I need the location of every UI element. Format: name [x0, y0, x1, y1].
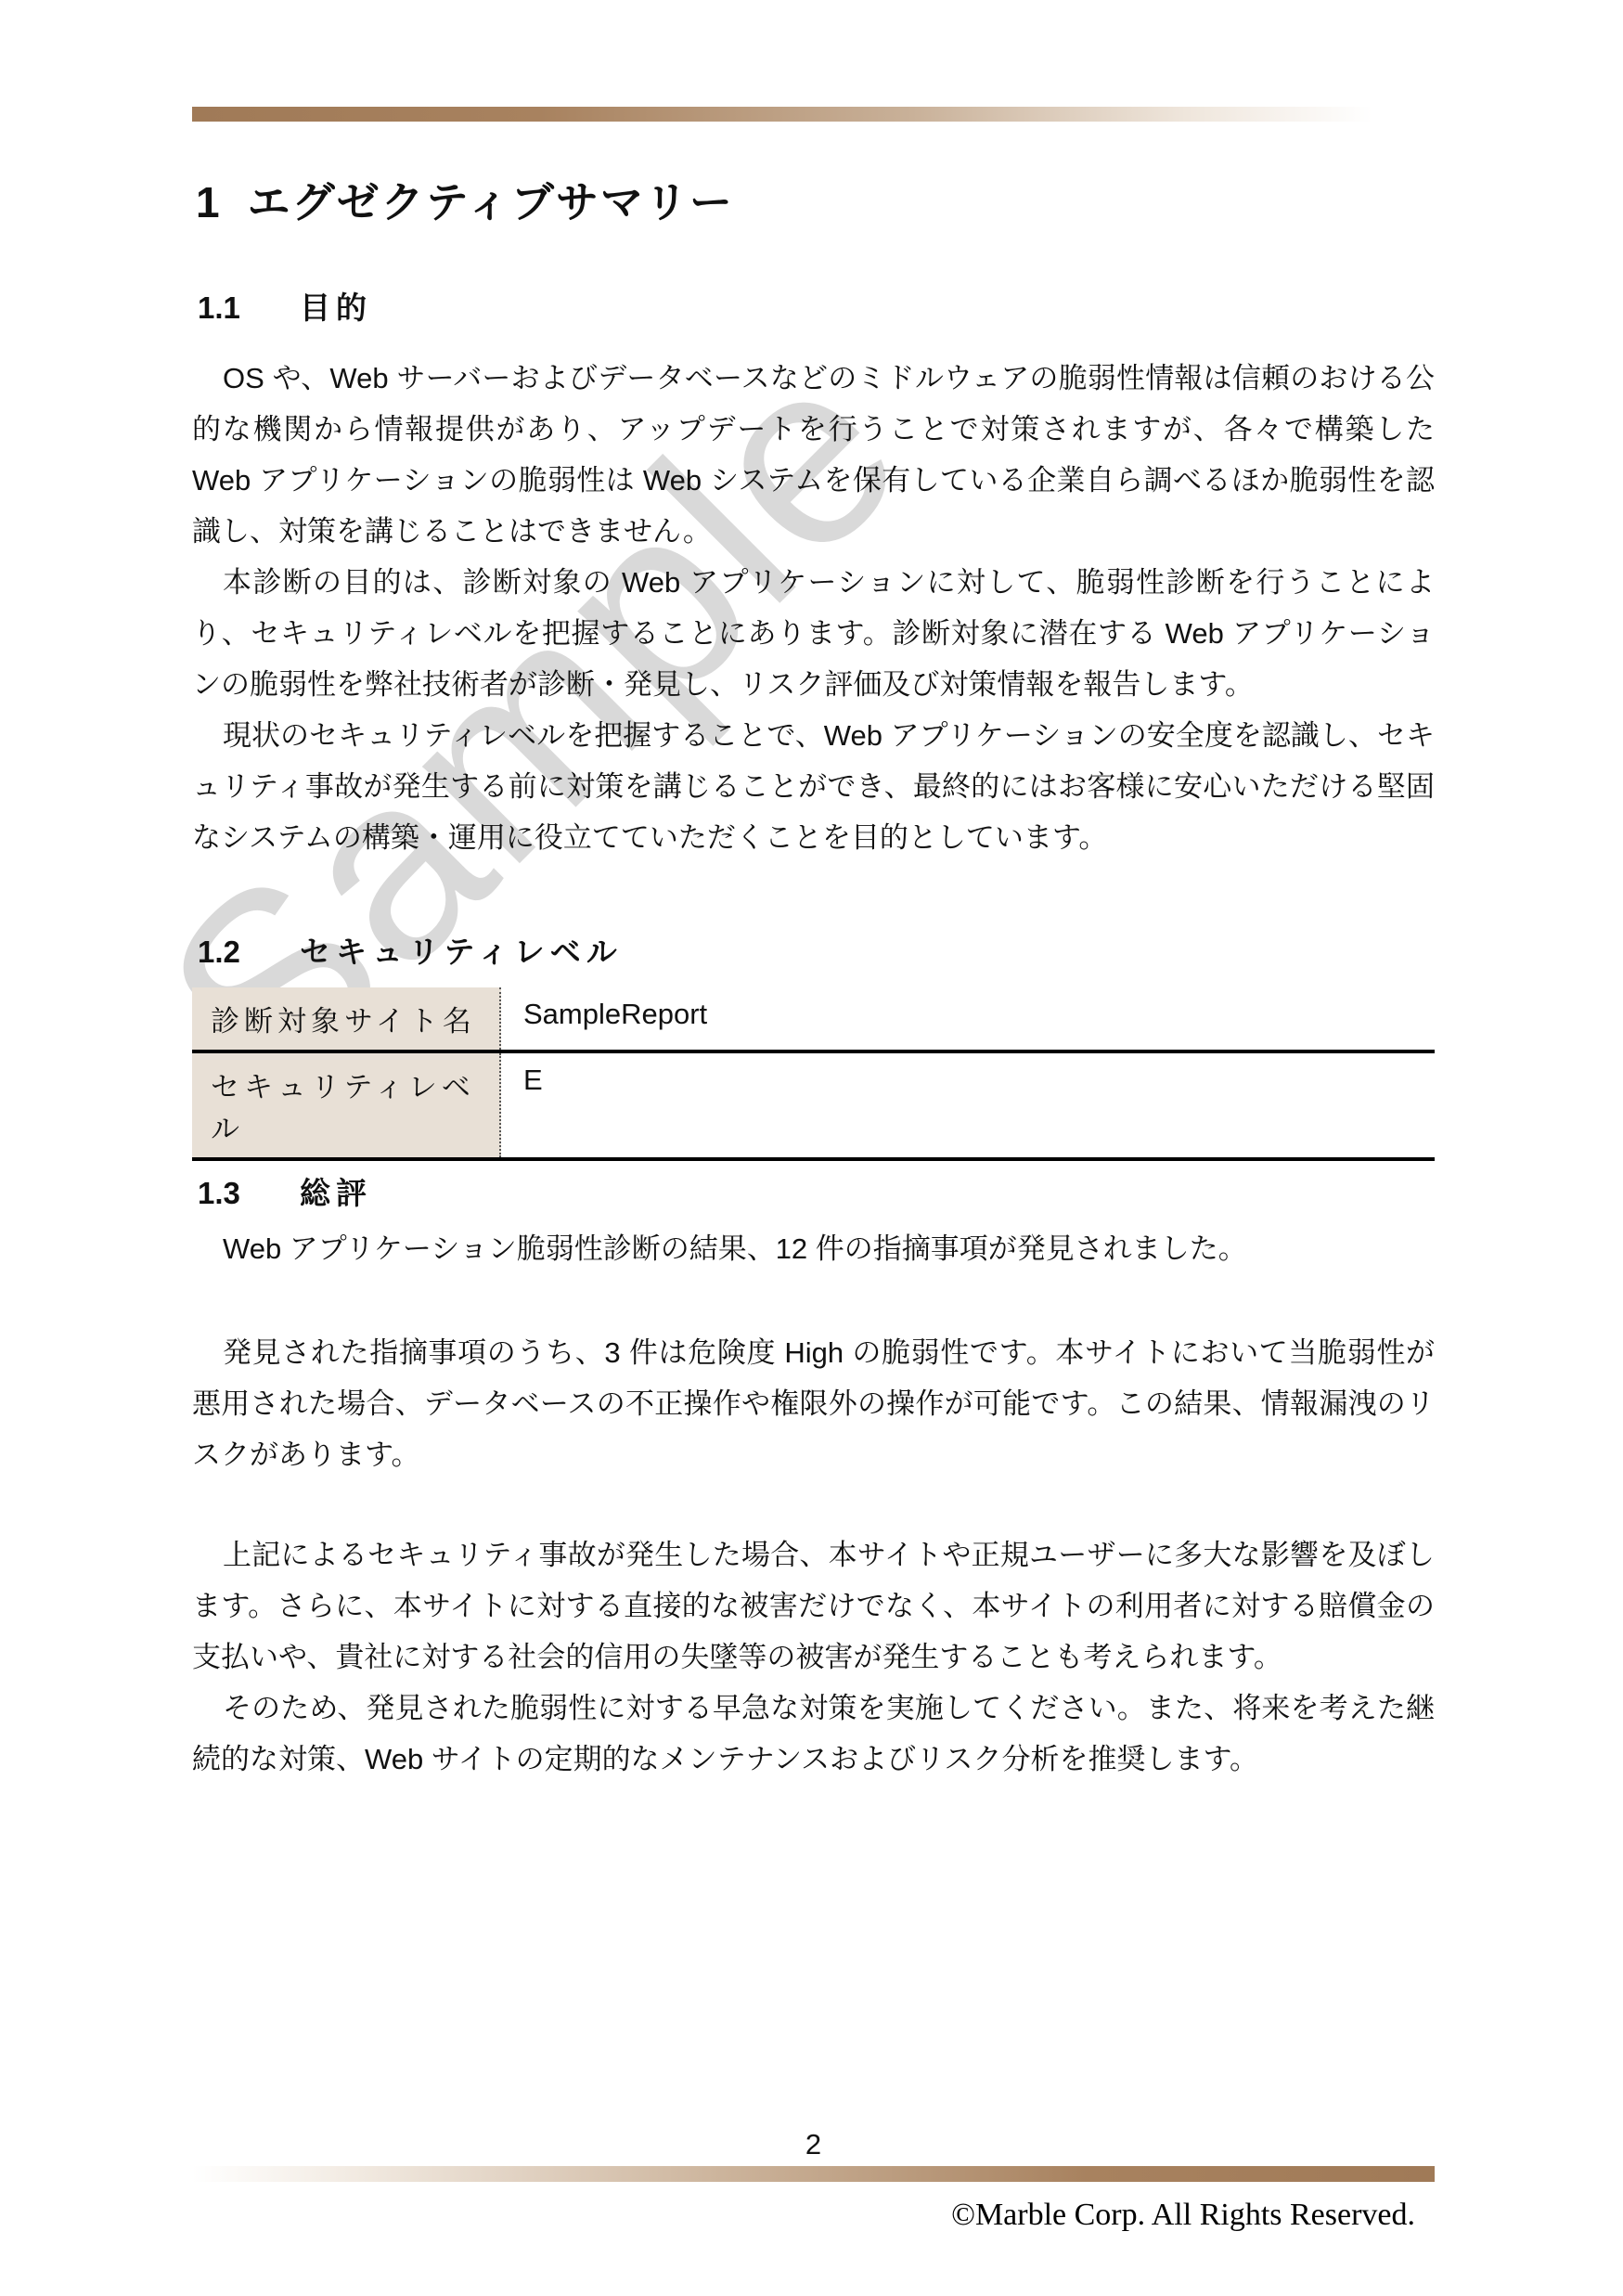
chapter-number: 1 [196, 177, 222, 227]
purpose-body: OS や、Web サーバーおよびデータベースなどのミドルウェアの脆弱性情報は信頼… [192, 353, 1435, 863]
security-level-table: 診断対象サイト名 SampleReport セキュリティレベル E [192, 987, 1435, 1161]
paragraph: 発見された指摘事項のうち、3 件は危険度 High の脆弱性です。本サイトにおい… [192, 1327, 1435, 1480]
section-title: 目的 [300, 290, 372, 325]
section-number: 1.1 [198, 290, 300, 326]
paragraph: そのため、発見された脆弱性に対する早急な対策を実施してください。また、将来を考え… [192, 1683, 1435, 1785]
paragraph: Web アプリケーション脆弱性診断の結果、12 件の指摘事項が発見されました。 [192, 1223, 1435, 1274]
page-content: 1エグゼクティブサマリー 1.1目的 OS や、Web サーバーおよびデータベー… [0, 0, 1623, 2296]
footer-accent-bar [192, 2166, 1435, 2182]
paragraph: OS や、Web サーバーおよびデータベースなどのミドルウェアの脆弱性情報は信頼… [192, 353, 1435, 557]
copyright-notice: ©Marble Corp. All Rights Reserved. [951, 2198, 1415, 2233]
row-value-security-level: E [501, 1053, 1435, 1157]
chapter-title: エグゼクティブサマリー [248, 178, 734, 226]
section-heading-overall: 1.3総評 [198, 1169, 372, 1213]
paragraph: 現状のセキュリティレベルを把握することで、Web アプリケーションの安全度を認識… [192, 710, 1435, 863]
report-page: Sample 1エグゼクティブサマリー 1.1目的 OS や、Web サーバーお… [0, 0, 1623, 2296]
row-label-security-level: セキュリティレベル [192, 1053, 501, 1157]
paragraph: 本診断の目的は、診断対象の Web アプリケーションに対して、脆弱性診断を行うこ… [192, 557, 1435, 710]
row-label-site-name: 診断対象サイト名 [192, 987, 501, 1050]
row-value-site-name: SampleReport [501, 987, 1435, 1050]
chapter-heading: 1エグゼクティブサマリー [196, 169, 734, 230]
overall-body-impact: 上記によるセキュリティ事故が発生した場合、本サイトや正規ユーザーに多大な影響を及… [192, 1529, 1435, 1785]
overall-body-intro: Web アプリケーション脆弱性診断の結果、12 件の指摘事項が発見されました。 [192, 1223, 1435, 1274]
table-row: セキュリティレベル E [192, 1053, 1435, 1161]
table-row: 診断対象サイト名 SampleReport [192, 987, 1435, 1053]
header-accent-bar [192, 107, 1435, 122]
page-number: 2 [192, 2128, 1435, 2161]
section-heading-purpose: 1.1目的 [198, 284, 372, 328]
section-number: 1.3 [198, 1176, 300, 1211]
section-title: セキュリティレベル [300, 935, 623, 969]
paragraph: 上記によるセキュリティ事故が発生した場合、本サイトや正規ユーザーに多大な影響を及… [192, 1529, 1435, 1683]
section-heading-security-level: 1.2セキュリティレベル [198, 928, 623, 972]
overall-body-findings: 発見された指摘事項のうち、3 件は危険度 High の脆弱性です。本サイトにおい… [192, 1327, 1435, 1480]
section-title: 総評 [300, 1176, 372, 1210]
section-number: 1.2 [198, 935, 300, 970]
